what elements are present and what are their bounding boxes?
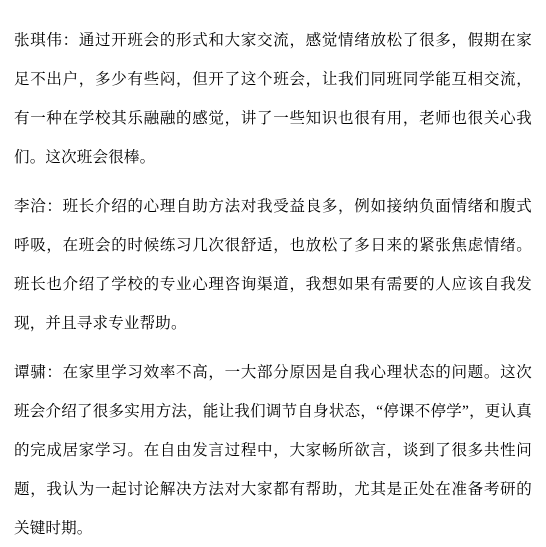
document-page: 张琪伟：通过开班会的形式和大家交流，感觉情绪放松了很多，假期在家足不出户，多少有… (0, 0, 546, 547)
paragraph-feedback-3: 谭骕：在家里学习效率不高，一大部分原因是自我心理状态的问题。这次班会介绍了很多实… (14, 353, 532, 547)
speaker-colon-1: ： (63, 32, 79, 49)
speaker-colon-3: ： (46, 364, 62, 381)
speaker-name-2: 李洽 (14, 198, 46, 215)
paragraph-feedback-1: 张琪伟：通过开班会的形式和大家交流，感觉情绪放松了很多，假期在家足不出户，多少有… (14, 21, 532, 177)
speaker-colon-2: ： (46, 198, 62, 215)
paragraph-feedback-2: 李洽：班长介绍的心理自助方法对我受益良多，例如接纳负面情绪和腹式呼吸，在班会的时… (14, 187, 532, 343)
speaker-name-3: 谭骕 (14, 364, 46, 381)
speaker-name-1: 张琪伟 (14, 32, 63, 49)
paragraph-body-3: 在家里学习效率不高，一大部分原因是自我心理状态的问题。这次班会介绍了很多实用方法… (14, 364, 532, 537)
paragraph-body-1: 通过开班会的形式和大家交流，感觉情绪放松了很多，假期在家足不出户，多少有些闷，但… (14, 32, 532, 166)
paragraph-body-2: 班长介绍的心理自助方法对我受益良多，例如接纳负面情绪和腹式呼吸，在班会的时候练习… (14, 198, 532, 332)
